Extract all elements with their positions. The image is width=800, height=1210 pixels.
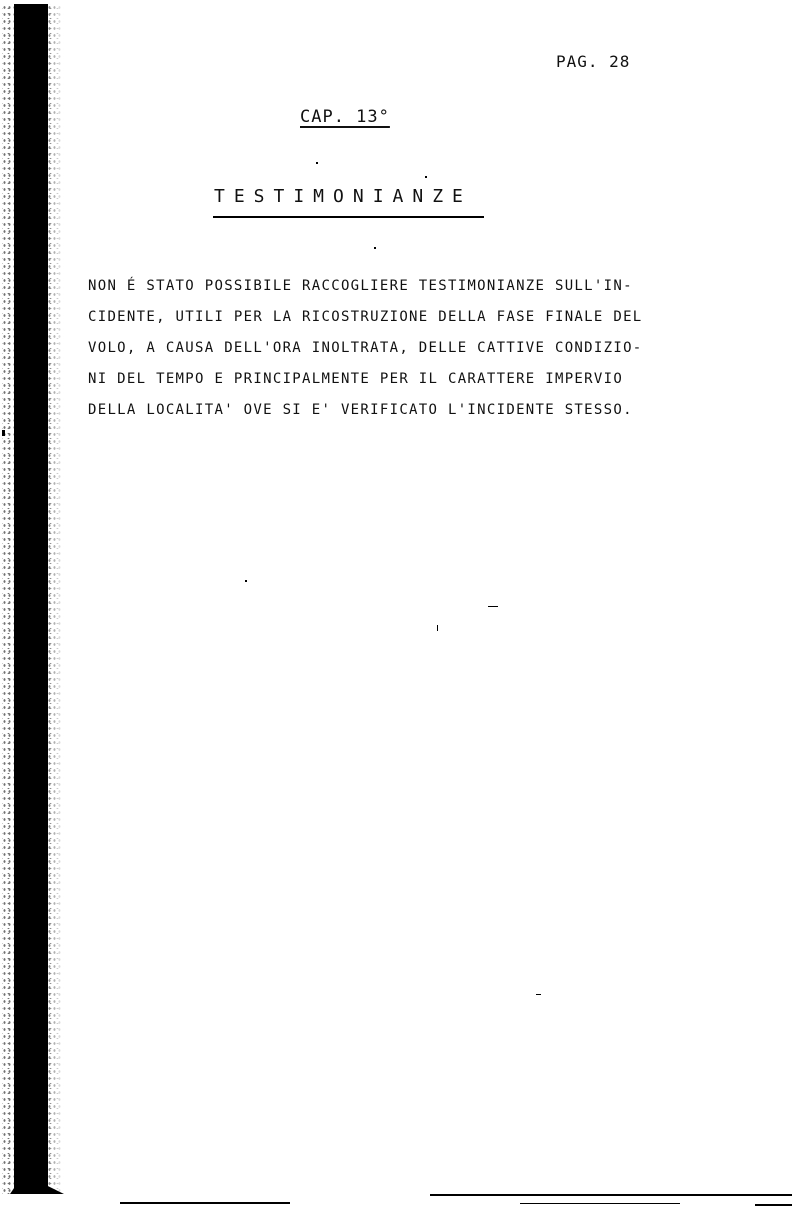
footer-rule [120,1202,290,1204]
scan-speck [374,247,376,249]
footer-rule [755,1204,792,1206]
body-line: DELLA LOCALITA' OVE SI E' VERIFICATO L'I… [88,395,728,426]
body-line: NI DEL TEMPO E PRINCIPALMENTE PER IL CAR… [88,364,728,395]
scan-speck [245,580,247,582]
body-paragraph: NON É STATO POSSIBILE RACCOGLIERE TESTIM… [88,271,728,426]
chapter-heading: CAP. 13° [300,107,390,127]
footer-rule [430,1194,792,1196]
scan-speck [316,162,318,164]
scan-speck [536,994,541,995]
title-underline [213,216,484,218]
body-line: NON É STATO POSSIBILE RACCOGLIERE TESTIM… [88,271,728,302]
footer-rule [520,1203,680,1204]
body-line: CIDENTE, UTILI PER LA RICOSTRUZIONE DELL… [88,302,728,333]
scan-binding-edge [14,4,48,1194]
scan-speck [425,176,427,178]
scan-speck [437,625,438,631]
section-title: TESTIMONIANZE [214,186,472,207]
scan-speck [488,606,498,607]
page-number: PAG. 28 [556,52,630,71]
scan-speck [2,430,5,436]
body-line: VOLO, A CAUSA DELL'ORA INOLTRATA, DELLE … [88,333,728,364]
